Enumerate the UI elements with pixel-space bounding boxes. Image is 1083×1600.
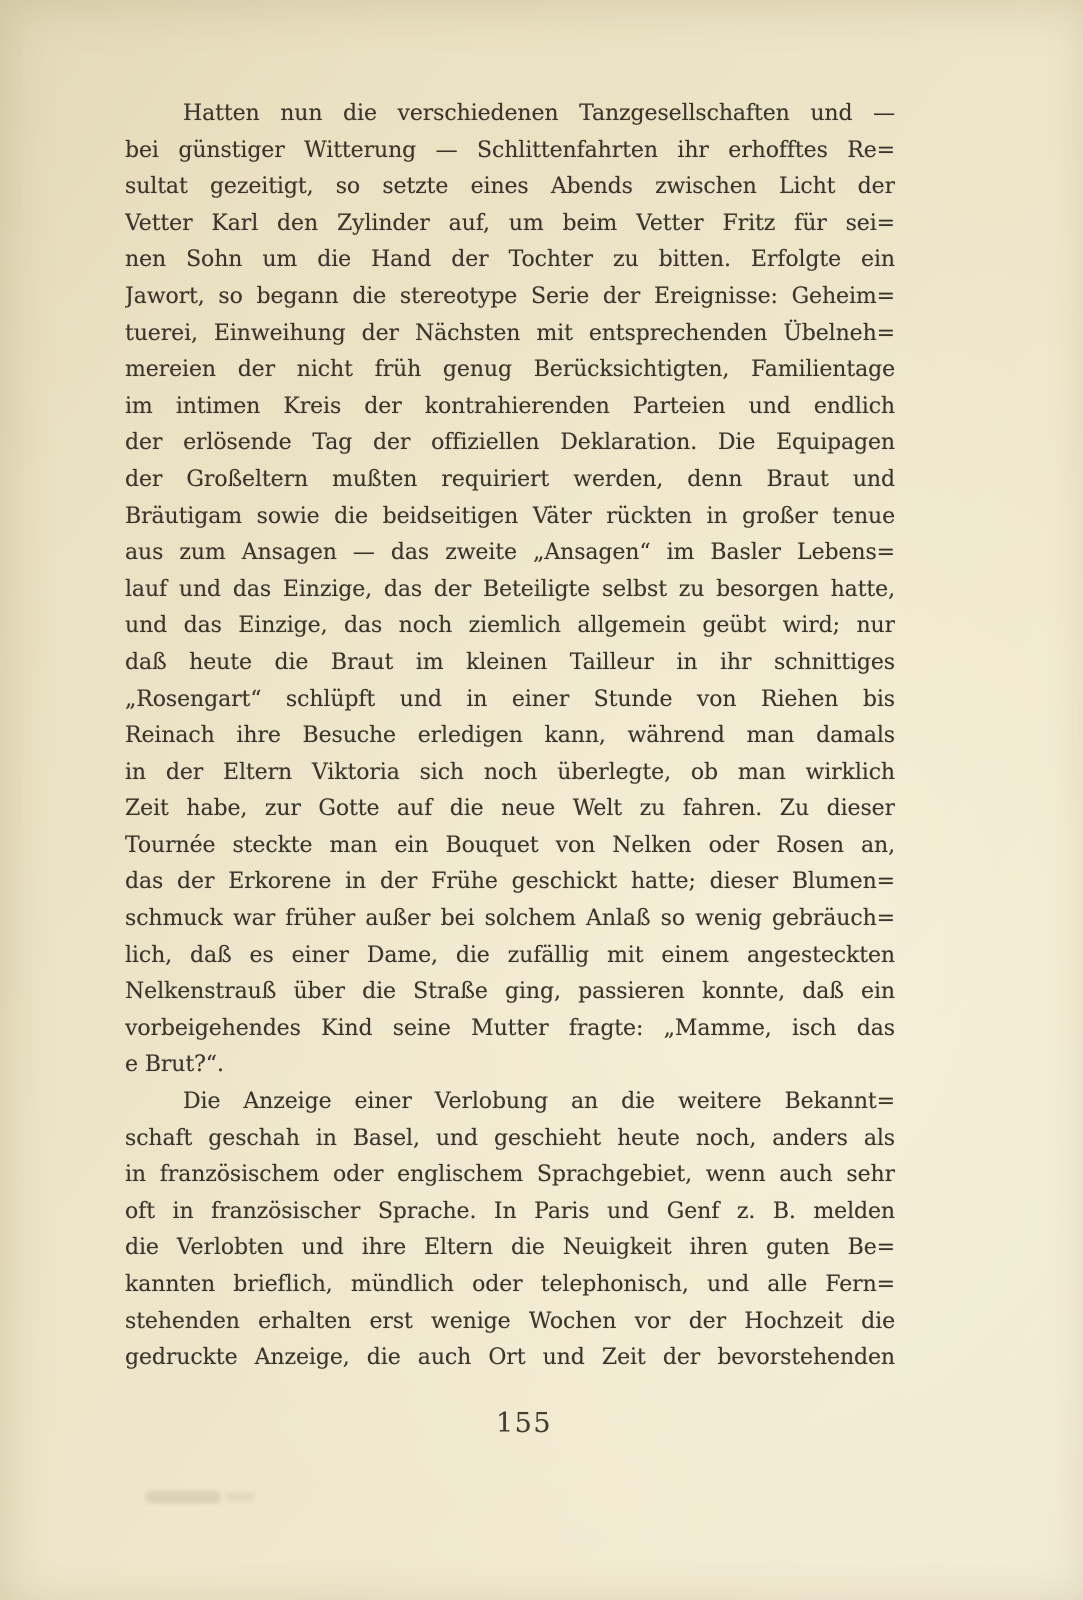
faint-stamp-mark: [146, 1491, 220, 1503]
text-line: das der Erkorene in der Frühe geschickt …: [125, 864, 895, 901]
text-line: sultat gezeitigt, so setzte eines Abends…: [125, 169, 895, 206]
text-line: schmuck war früher außer bei solchem Anl…: [125, 901, 895, 938]
text-line: Jawort, so begann die stereotype Serie d…: [125, 279, 895, 316]
text-line: Bräutigam sowie die beidseitigen Väter r…: [125, 499, 895, 536]
page-number: 155: [140, 1408, 908, 1439]
text-line: Hatten nun die verschiedenen Tanzgesells…: [125, 96, 895, 133]
text-line: lauf und das Einzige, das der Beteiligte…: [125, 572, 895, 609]
text-line: vorbeigehendes Kind seine Mutter fragte:…: [125, 1011, 895, 1048]
text-line: in der Eltern Viktoria sich noch überleg…: [125, 755, 895, 792]
text-line: Vetter Karl den Zylinder auf, um beim Ve…: [125, 206, 895, 243]
paragraph: Die Anzeige einer Verlobung an die weite…: [125, 1084, 895, 1377]
text-line: stehenden erhalten erst wenige Wochen vo…: [125, 1304, 895, 1341]
text-line: lich, daß es einer Dame, die zufällig mi…: [125, 938, 895, 975]
text-line: Zeit habe, zur Gotte auf die neue Welt z…: [125, 791, 895, 828]
text-line: der erlösende Tag der offiziellen Deklar…: [125, 425, 895, 462]
book-page: Hatten nun die verschiedenen Tanzgesells…: [0, 0, 1083, 1600]
text-line: tuerei, Einweihung der Nächsten mit ents…: [125, 316, 895, 353]
text-line: bei günstiger Witterung — Schlittenfahrt…: [125, 133, 895, 170]
text-line: e Brut?“.: [125, 1047, 895, 1084]
text-line: mereien der nicht früh genug Berücksicht…: [125, 352, 895, 389]
text-line: nen Sohn um die Hand der Tochter zu bitt…: [125, 242, 895, 279]
text-line: kannten brieflich, mündlich oder telepho…: [125, 1267, 895, 1304]
text-line: Reinach ihre Besuche erledigen kann, wäh…: [125, 718, 895, 755]
text-line: „Rosengart“ schlüpft und in einer Stunde…: [125, 682, 895, 719]
text-line: in französischem oder englischem Sprachg…: [125, 1157, 895, 1194]
text-line: die Verlobten und ihre Eltern die Neuigk…: [125, 1230, 895, 1267]
text-line: im intimen Kreis der kontrahierenden Par…: [125, 389, 895, 426]
text-line: der Großeltern mußten requiriert werden,…: [125, 462, 895, 499]
text-line: oft in französischer Sprache. In Paris u…: [125, 1194, 895, 1231]
text-line: Nelkenstrauß über die Straße ging, passi…: [125, 974, 895, 1011]
text-line: und das Einzige, das noch ziemlich allge…: [125, 608, 895, 645]
text-line: Tournée steckte man ein Bouquet von Nelk…: [125, 828, 895, 865]
text-line: schaft geschah in Basel, und geschieht h…: [125, 1121, 895, 1158]
text-line: gedruckte Anzeige, die auch Ort und Zeit…: [125, 1340, 895, 1377]
page-text: Hatten nun die verschiedenen Tanzgesells…: [125, 96, 895, 1377]
text-line: daß heute die Braut im kleinen Tailleur …: [125, 645, 895, 682]
text-line: Die Anzeige einer Verlobung an die weite…: [125, 1084, 895, 1121]
text-line: aus zum Ansagen — das zweite „Ansagen“ i…: [125, 535, 895, 572]
paragraph: Hatten nun die verschiedenen Tanzgesells…: [125, 96, 895, 1084]
